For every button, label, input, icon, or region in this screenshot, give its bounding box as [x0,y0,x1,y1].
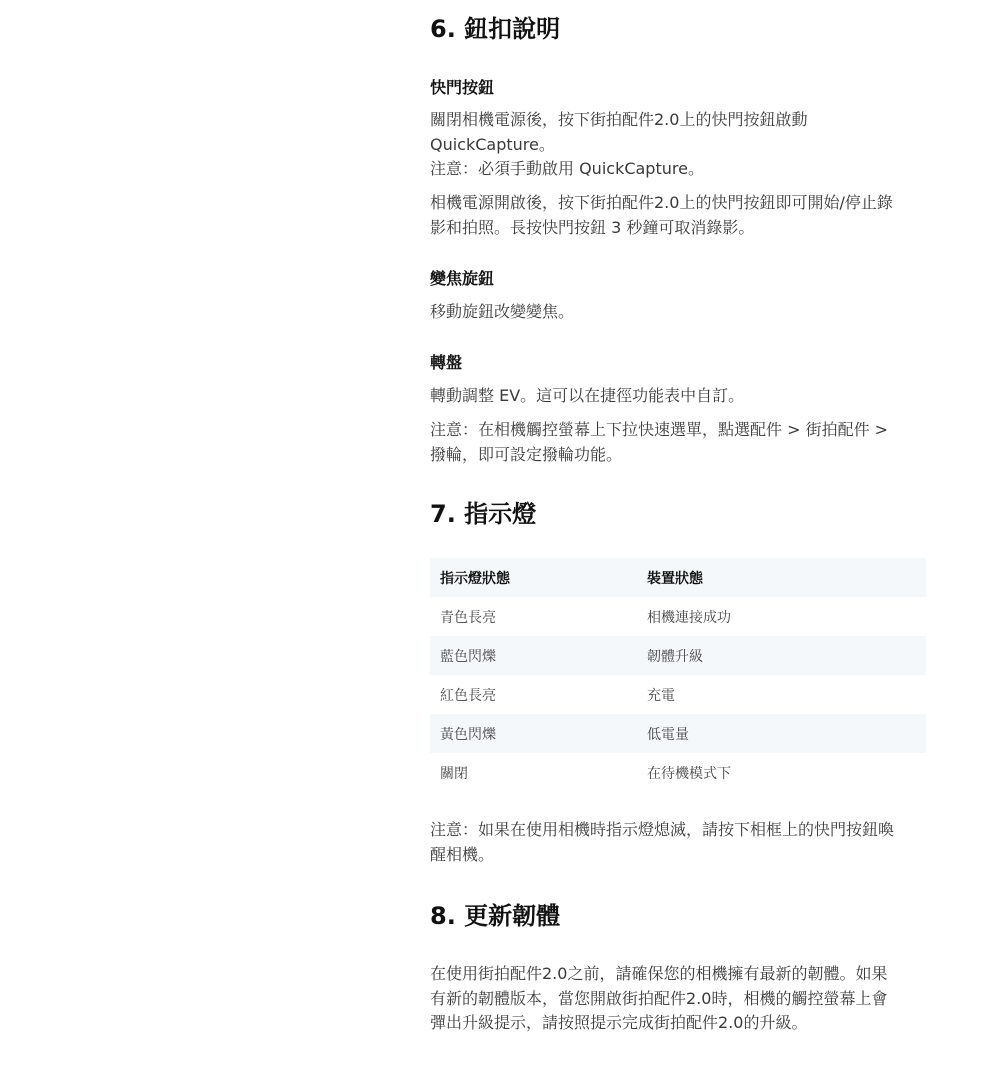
indicator-note: 注意：如果在使用相機時指示燈熄滅，請按下相框上的快門按鈕喚醒相機。 [430,818,900,867]
status-cell: 韌體升級 [637,636,926,675]
shutter-para-2: 相機電源開啟後，按下街拍配件2.0上的快門按鈕即可開始/停止錄影和拍照。長按快門… [430,191,900,240]
table-row: 黃色閃爍 低電量 [430,714,926,753]
status-cell: 充電 [637,675,926,714]
dial-para-2: 注意：在相機觸控螢幕上下拉快速選單，點選配件 > 街拍配件 > 撥輪，即可設定撥… [430,418,900,467]
section-6-title: 6. 鈕扣說明 [430,13,560,45]
section-8-title: 8. 更新韌體 [430,900,560,932]
table-row: 青色長亮 相機連接成功 [430,597,926,636]
dial-para-1: 轉動調整 EV。這可以在捷徑功能表中自訂。 [430,384,744,409]
status-cell: 相機連接成功 [637,597,926,636]
status-cell: 低電量 [637,714,926,753]
table-header-row: 指示燈狀態 裝置狀態 [430,558,926,597]
section-7-title: 7. 指示燈 [430,498,536,530]
dial-heading: 轉盤 [430,351,462,375]
indicator-cell: 紅色長亮 [430,675,637,714]
header-device-status: 裝置狀態 [637,558,926,597]
shutter-button-heading: 快門按鈕 [430,76,494,100]
firmware-para: 在使用街拍配件2.0之前，請確保您的相機擁有最新的韌體。如果有新的韌體版本，當您… [430,962,892,1036]
table-row: 藍色閃爍 韌體升級 [430,636,926,675]
indicator-cell: 青色長亮 [430,597,637,636]
table-row: 紅色長亮 充電 [430,675,926,714]
shutter-para-line3: 注意：必須手動啟用 QuickCapture。 [430,157,926,182]
indicator-cell: 關閉 [430,753,637,792]
status-cell: 在待機模式下 [637,753,926,792]
header-indicator-status: 指示燈狀態 [430,558,637,597]
shutter-para-line1: 關閉相機電源後，按下街拍配件2.0上的快門按鈕啟動 [430,108,926,133]
indicator-cell: 藍色閃爍 [430,636,637,675]
indicator-cell: 黃色閃爍 [430,714,637,753]
zoom-knob-heading: 變焦旋鈕 [430,267,494,291]
table-row: 關閉 在待機模式下 [430,753,926,792]
shutter-para-line2: QuickCapture。 [430,133,926,158]
zoom-knob-para: 移動旋鈕改變變焦。 [430,300,574,325]
indicator-table: 指示燈狀態 裝置狀態 青色長亮 相機連接成功 藍色閃爍 韌體升級 紅色長亮 充電… [430,558,926,792]
